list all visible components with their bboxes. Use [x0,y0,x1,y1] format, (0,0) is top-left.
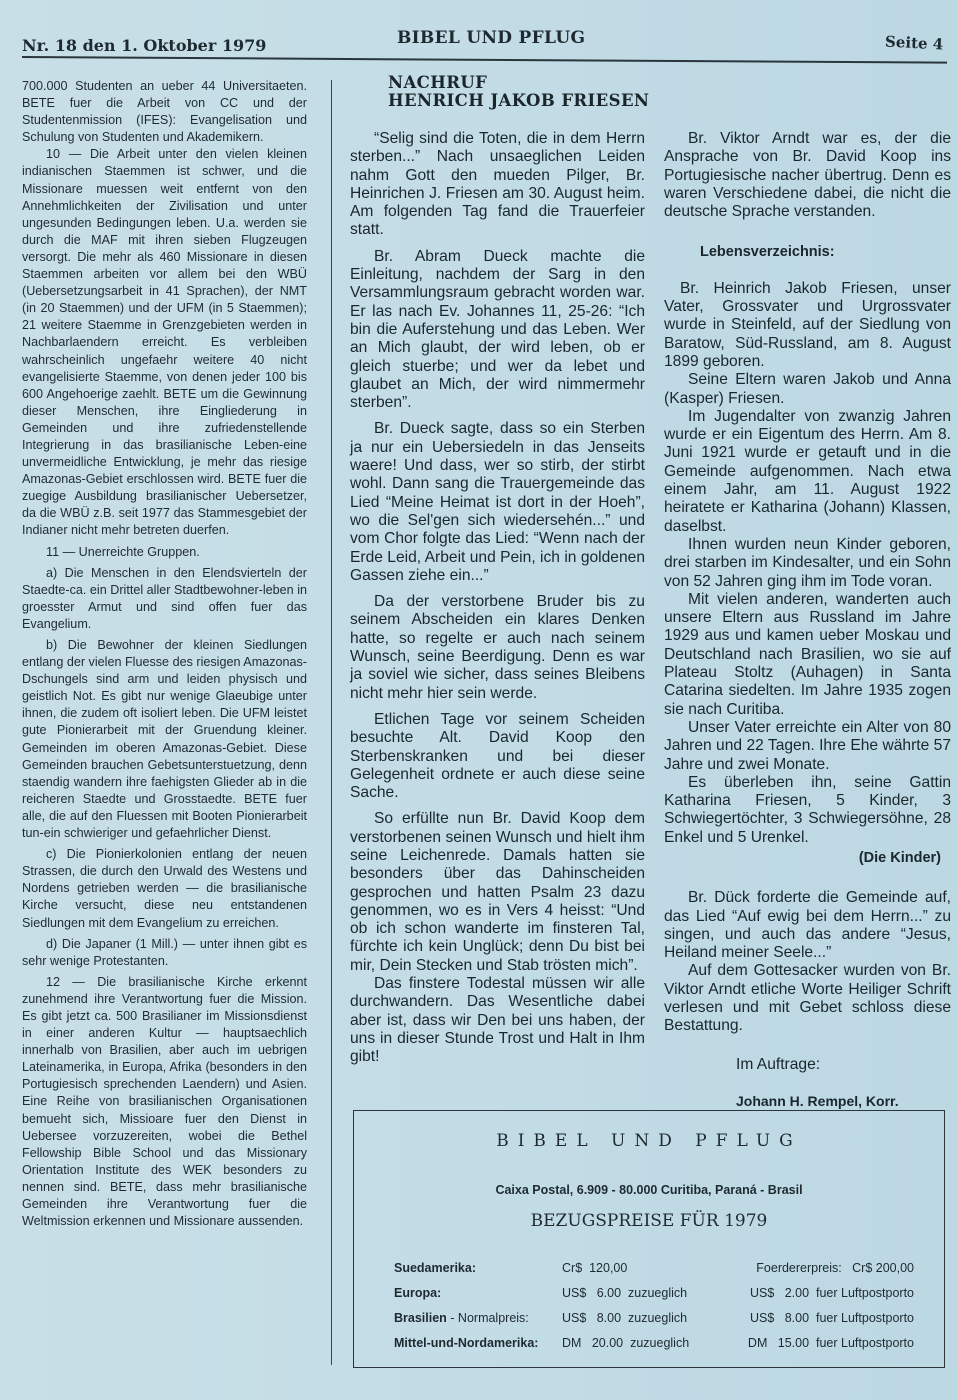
price-value: Cr$ 120,00 [562,1261,627,1275]
author-signature: Johann H. Rempel, Korr. [664,1092,951,1110]
price-extra: Foerdererpreis: Cr$ 200,00 [756,1261,914,1275]
left-column-article: 700.000 Studenten an ueber 44 Universita… [22,78,307,1230]
price-row: Mittel-und-Nordamerika: DM 20.00 zuzuegl… [394,1336,914,1354]
obituary-title-line2: HENRICH JAKOB FRIESEN [388,92,649,110]
header-rule [22,56,947,64]
paragraph: Br. Abram Dueck machte die Einleitung, n… [350,248,645,413]
price-region: Europa: [394,1286,441,1300]
paragraph: Br. Dueck sagte, dass so ein Sterben ja … [350,420,645,585]
subscription-box: BIBEL UND PFLUG Caixa Postal, 6.909 - 80… [353,1110,945,1368]
price-value: DM 20.00 zuzueglich [562,1336,689,1350]
price-row: Brasilien - Normalpreis: US$ 8.00 zuzueg… [394,1311,914,1329]
paragraph: “Selig sind die Toten, die in dem Herrn … [350,130,645,240]
obituary-title-line1: NACHRUF [388,74,649,92]
paragraph: a) Die Menschen in den Elendsvierteln de… [22,565,307,633]
life-heading: Lebensverzeichnis: [664,243,951,261]
paragraph: c) Die Pionierkolonien entlang der neuen… [22,846,307,931]
section-heading: 11 — Unerreichte Gruppen. [22,544,307,561]
box-subtitle: BEZUGSPREISE FÜR 1979 [354,1211,944,1231]
on-behalf-label: Im Auftrage: [664,1056,951,1074]
paragraph: b) Die Bewohner der kleinen Siedlungen e… [22,637,307,842]
obituary-title: NACHRUF HENRICH JAKOB FRIESEN [388,74,649,110]
price-row: Europa: US$ 6.00 zuzueglich US$ 2.00 fue… [394,1286,914,1304]
page-number: Seite 4 [884,32,943,53]
paragraph: Unser Vater erreichte ein Alter von 80 J… [664,719,951,774]
newspaper-page: Nr. 18 den 1. Oktober 1979 BIBEL UND PFL… [0,0,957,1400]
signature-children: (Die Kinder) [664,849,951,867]
paragraph: Es überleben ihn, seine Gattin Katharina… [664,774,951,847]
page-header: Nr. 18 den 1. Oktober 1979 BIBEL UND PFL… [22,26,947,60]
column-divider [331,80,332,1365]
paragraph: 12 — Die brasilianische Kirche erkennt z… [22,974,307,1230]
paragraph: 10 — Die Arbeit unter den vielen kleinen… [22,146,307,539]
paragraph: Das finstere Todestal müssen wir alle du… [350,975,645,1066]
paragraph: Br. Dück forderte die Gemeinde auf, das … [664,889,951,962]
price-extra: US$ 2.00 fuer Luftpostporto [750,1286,914,1300]
price-value: US$ 8.00 zuzueglich [562,1311,687,1325]
box-address: Caixa Postal, 6.909 - 80.000 Curitiba, P… [354,1183,944,1197]
paragraph: Auf dem Gottesacker wurden von Br. Vikto… [664,962,951,1035]
paragraph: Etlichen Tage vor seinem Scheiden besuch… [350,711,645,802]
paragraph: Seine Eltern waren Jakob und Anna (Kaspe… [664,371,951,408]
paragraph: 700.000 Studenten an ueber 44 Universita… [22,78,307,146]
price-extra: US$ 8.00 fuer Luftpostporto [750,1311,914,1325]
price-row: Suedamerika: Cr$ 120,00 Foerdererpreis: … [394,1261,914,1279]
price-region: Mittel-und-Nordamerika: [394,1336,538,1350]
paragraph: Im Jugendalter von zwanzig Jahren wurde … [664,408,951,536]
obituary-right-column: Br. Viktor Arndt war es, der die Ansprac… [664,130,951,1110]
paragraph: Mit vielen anderen, wanderten auch unser… [664,591,951,719]
obituary-middle-column: “Selig sind die Toten, die in dem Herrn … [350,130,645,1067]
publication-title: BIBEL UND PFLUG [397,28,585,48]
paragraph: Br. Heinrich Jakob Friesen, unser Vater,… [664,280,951,371]
price-region: Brasilien - Normalpreis: [394,1311,529,1325]
paragraph: Br. Viktor Arndt war es, der die Ansprac… [664,130,951,221]
box-title: BIBEL UND PFLUG [354,1131,944,1151]
price-extra: DM 15.00 fuer Luftpostporto [748,1336,914,1350]
price-region: Suedamerika: [394,1261,476,1275]
issue-date: Nr. 18 den 1. Oktober 1979 [22,36,266,55]
paragraph: Da der verstorbene Bruder bis zu seinem … [350,593,645,703]
paragraph: d) Die Japaner (1 Mill.) — unter ihnen g… [22,936,307,970]
price-value: US$ 6.00 zuzueglich [562,1286,687,1300]
paragraph: Ihnen wurden neun Kinder geboren, drei s… [664,536,951,591]
paragraph: So erfüllte nun Br. David Koop dem verst… [350,810,645,975]
